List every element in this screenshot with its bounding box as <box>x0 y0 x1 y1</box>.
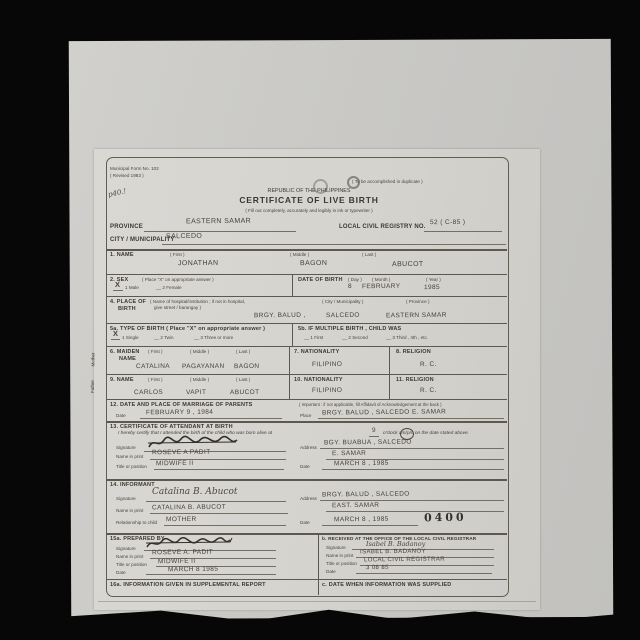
attendant-signature-label: Signature <box>116 445 136 450</box>
father-middle-col: ( Middle ) <box>190 377 209 382</box>
sex-x-mark: X <box>115 280 121 289</box>
marriage-place-label: Place <box>300 413 312 418</box>
father-first-col: ( First ) <box>148 377 163 382</box>
received-date-value: 3 08 85 <box>366 565 389 571</box>
attendant-label: 13. CERTIFICATE OF ATTENDANT AT BIRTH <box>110 424 233 430</box>
informant-address-label: Address <box>300 496 317 501</box>
attendant-name-value: ROSEVE A PADIT <box>152 449 211 457</box>
maiden-name-label: 6. MAIDEN <box>110 349 140 355</box>
informant-address-value-2: EAST. SAMAR <box>332 502 379 509</box>
father-nationality-value: FILIPINO <box>312 387 342 394</box>
mother-nationality-label: 7. NATIONALITY <box>294 349 339 355</box>
attendant-date-label: Date <box>300 464 310 469</box>
multiple-option-first: __ 1 First <box>304 335 323 340</box>
attendant-hour-value: 9 <box>372 427 376 434</box>
informant-name-value: CATALINA B. ABUCOT <box>152 504 226 512</box>
attendant-name-label: Name in print <box>116 454 143 459</box>
page-title: CERTIFICATE OF LIVE BIRTH <box>194 195 424 205</box>
dob-year: 1985 <box>424 284 440 291</box>
form-revision: ( Revised 1983 ) <box>110 173 144 178</box>
attendant-certify-text-2: o'clock am/pm on the date stated above. <box>383 431 469 436</box>
informant-name-label: Name in print <box>116 508 143 513</box>
father-first-name: CARLOS <box>134 389 163 396</box>
registry-stamp-number: 0400 <box>424 511 467 525</box>
last-col-label: ( Last ) <box>362 252 376 257</box>
father-last-col: ( Last ) <box>236 377 250 382</box>
received-date-label: Date <box>326 569 336 574</box>
multiple-birth-label: 5b. IF MULTIPLE BIRTH , CHILD WAS <box>298 326 401 332</box>
pob-province-col-label: ( Province ) <box>406 299 430 304</box>
supplemental-right-label: c. DATE WHEN INFORMATION WAS SUPPLIED <box>322 582 451 588</box>
attendant-date-value: MARCH 8 , 1985 <box>334 460 389 468</box>
received-title-value: LOCAL CIVIL REGISTRAR <box>364 557 445 564</box>
type-option-twin: __ 2 Twin <box>154 335 174 340</box>
prepared-date-label: Date <box>116 570 126 575</box>
child-first-name: JONATHAN <box>178 260 218 267</box>
sex-note: ( Place "X" on appropriate answer ) <box>142 277 214 282</box>
received-title-label: Title or position <box>326 561 357 566</box>
pob-street: BRGY. BALUD , <box>254 312 306 320</box>
first-col-label: ( First ) <box>170 252 185 257</box>
informant-address-value: BRGY. BALUD , SALCEDO <box>322 491 410 499</box>
type-of-birth-label: 5a. TYPE OF BIRTH ( Place "X" on appropr… <box>110 326 265 332</box>
form-number: Municipal Form No. 102 <box>110 166 159 171</box>
province-value: EASTERN SAMAR <box>186 218 251 226</box>
informant-label: 14. INFORMANT <box>110 482 155 488</box>
informant-date-label: Date <box>300 520 310 525</box>
marriage-note: ( Important : if not applicable, fill Af… <box>299 402 442 407</box>
received-name-value: ISABEL B. BADANOY <box>360 549 426 556</box>
father-last-name: ABUCOT <box>230 389 260 396</box>
mother-last-col: ( Last ) <box>236 349 250 354</box>
child-last-name: ABUCOT <box>392 261 424 268</box>
father-nationality-label: 10. NATIONALITY <box>294 377 343 383</box>
attendant-address-label: Address <box>300 445 317 450</box>
pob-note: ( Name of hospital/institution ; if not … <box>150 299 245 304</box>
supplemental-left-label: 16a. INFORMATION GIVEN IN SUPPLEMENTAL R… <box>110 582 266 588</box>
prepared-title-value: MIDWIFE II <box>158 558 196 565</box>
female-option: __ 2 Female <box>156 285 182 290</box>
prepared-signature-label: Signature <box>116 546 136 551</box>
province-label: PROVINCE <box>110 224 143 230</box>
city-label: CITY / MUNICIPALITY <box>110 237 175 243</box>
informant-relationship-label: Relationship to child <box>116 520 157 525</box>
dob-day: 8 <box>348 283 352 290</box>
instruction-line: ( Fill out completely, accurately and le… <box>194 208 424 213</box>
marriage-label: 12. DATE AND PLACE OF MARRIAGE OF PARENT… <box>110 402 253 408</box>
father-side-label: Father <box>90 380 95 393</box>
marriage-place-value: BRGY. BALUD , SALCEDO E. SAMAR <box>322 408 446 416</box>
father-name-label: 9. NAME <box>110 377 134 383</box>
mother-last-name: BAGON <box>234 363 260 370</box>
father-religion-label: 11. RELIGION <box>396 377 434 383</box>
duplicate-note: ( To be accomplished in duplicate ) <box>352 179 423 184</box>
registry-no-value: 52 ( C-85 ) <box>430 219 466 226</box>
mother-side-label: Mother <box>91 352 96 366</box>
republic-line: REPUBLIC OF THE PHILIPPINES <box>194 188 424 194</box>
mother-first-name: CATALINA <box>136 363 170 370</box>
attendant-address-value: BGY. BUABUA , SALCEDO <box>324 439 412 447</box>
received-name-label: Name in print <box>326 553 353 558</box>
type-x-mark: X <box>113 329 119 338</box>
registry-no-label: LOCAL CIVIL REGISTRY NO. <box>339 224 426 230</box>
multiple-option-third: __ 3 Third , 4th , etc. <box>386 335 428 340</box>
mother-first-col: ( First ) <box>148 349 163 354</box>
pob-province: EASTERN SAMAR <box>386 312 447 320</box>
prepared-name-value: ROSEVE A. PADIT <box>152 549 213 557</box>
mother-religion-value: R. C. <box>420 361 437 368</box>
pob-label-2: BIRTH <box>118 306 136 312</box>
birth-certificate-form: Municipal Form No. 102 ( Revised 1983 ) … <box>94 149 540 610</box>
dob-label: DATE OF BIRTH <box>298 277 343 283</box>
attendant-address-value-2: E. SAMAR <box>332 450 366 457</box>
attendant-title-value: MIDWIFE II <box>156 460 194 467</box>
father-middle-name: VAPIT <box>186 389 206 396</box>
prepared-title-label: Title or position <box>116 562 147 567</box>
marriage-date-label: Date <box>116 413 126 418</box>
child-middle-name: BAGON <box>300 260 327 267</box>
prepared-date-value: MARCH 8 1985 <box>168 566 218 574</box>
pob-city-col-label: ( City / Municipality ) <box>322 299 363 304</box>
month-col-label: ( Month ) <box>372 277 390 282</box>
scanned-document-scene: Municipal Form No. 102 ( Revised 1983 ) … <box>0 0 640 640</box>
marriage-date-value: FEBRUARY 9 , 1984 <box>146 409 213 417</box>
received-signature-label: Signature <box>326 545 346 550</box>
attendant-title-label: Title or position <box>116 464 147 469</box>
informant-signature-value: Catalina B. Abucot <box>152 487 237 497</box>
mother-middle-name: PAGAYANAN <box>182 363 225 370</box>
city-value: SALCEDO <box>166 233 202 240</box>
prepared-name-label: Name in print <box>116 554 143 559</box>
pob-note-2: give street / barangay ) <box>154 305 201 310</box>
type-option-three: __ 3 Three or more <box>194 335 233 340</box>
mother-middle-col: ( Middle ) <box>190 349 209 354</box>
year-col-label: ( Year ) <box>426 277 441 282</box>
pob-city: SALCEDO <box>326 312 360 319</box>
mother-nationality-value: FILIPINO <box>312 361 342 368</box>
father-religion-value: R. C. <box>420 387 437 394</box>
multiple-option-second: __ 2 Second <box>342 335 368 340</box>
maiden-name-label-2: NAME <box>119 356 136 362</box>
middle-col-label: ( Middle ) <box>290 252 309 257</box>
male-option: 1 Male <box>125 285 139 290</box>
type-option-single: 1 Single <box>122 335 139 340</box>
mother-religion-label: 8. RELIGION <box>396 349 431 355</box>
informant-relationship-value: MOTHER <box>166 516 197 523</box>
pob-label: 4. PLACE OF <box>110 299 146 305</box>
informant-signature-label: Signature <box>116 496 136 501</box>
informant-date-value: MARCH 8 , 1985 <box>334 516 389 524</box>
dob-month: FEBRUARY <box>362 283 401 290</box>
day-col-label: ( Day ) <box>348 277 362 282</box>
received-signature-value: Isabel B. Badanoy <box>366 540 425 548</box>
name-label: 1. NAME <box>110 252 134 258</box>
